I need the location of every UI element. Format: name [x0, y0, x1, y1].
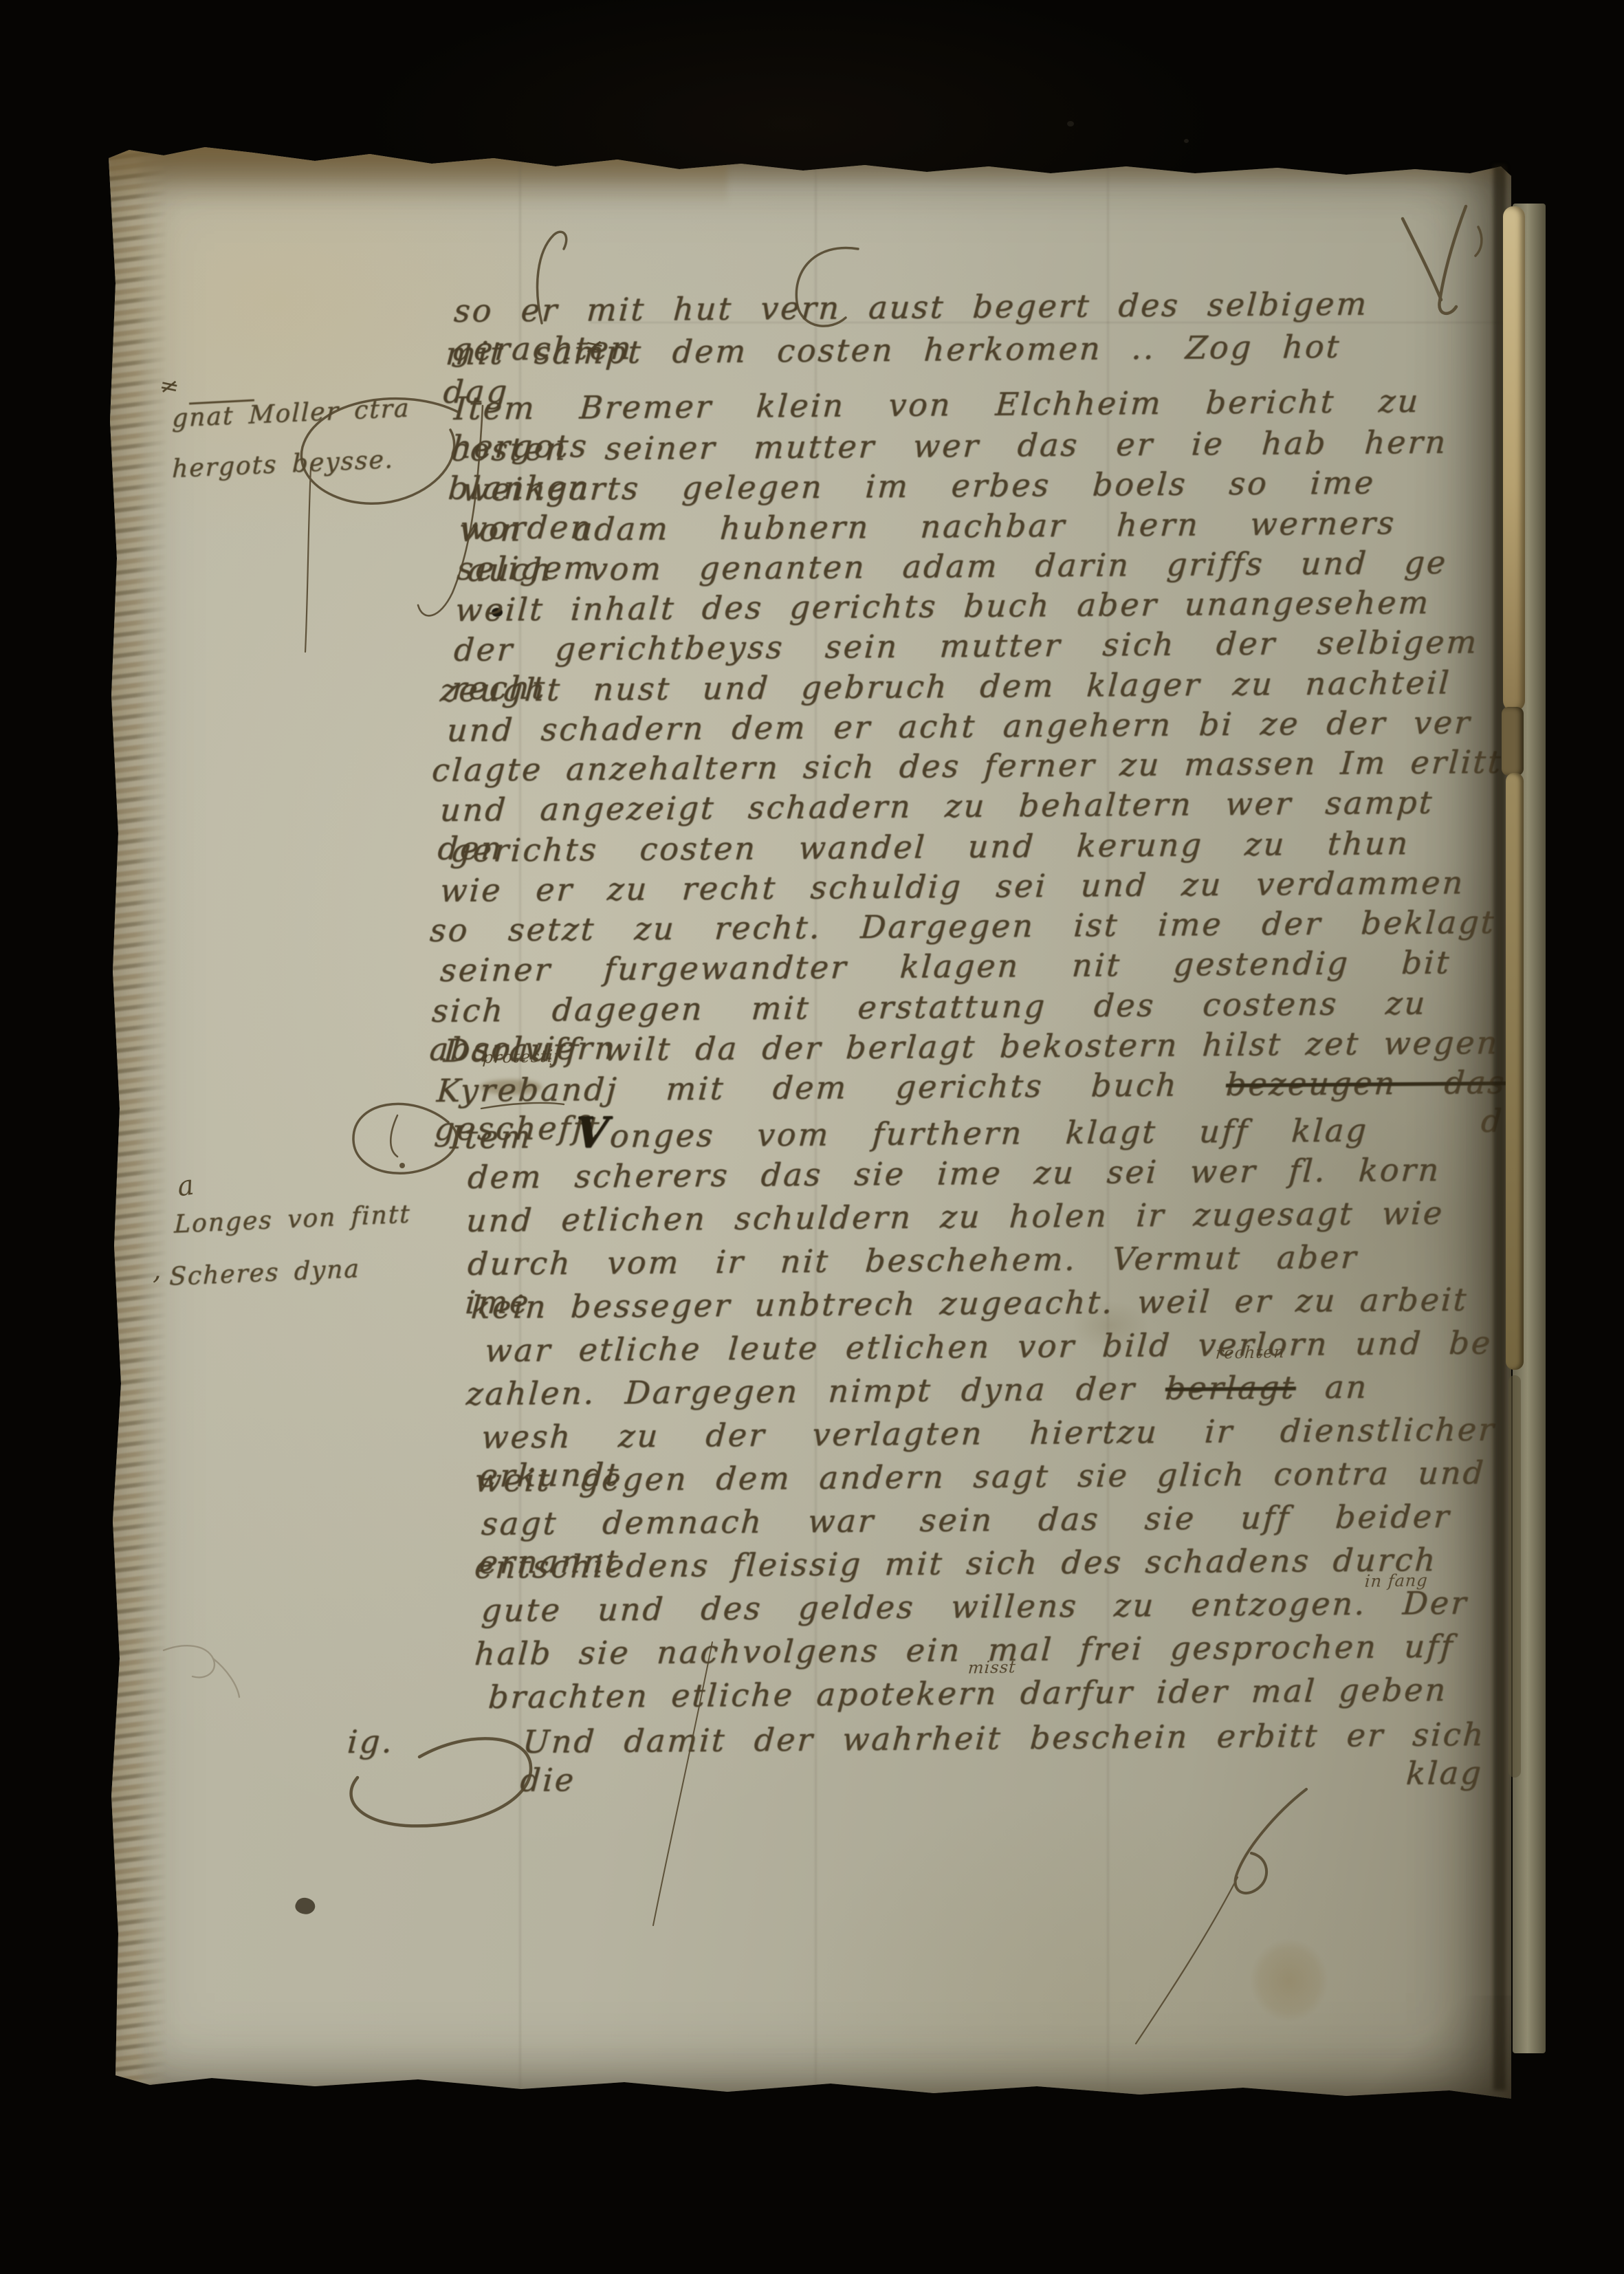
- manuscript-line-with-strikethrough: Kyrebandj mit dem gerichts buch bezeugen…: [435, 1063, 1507, 1114]
- manuscript-line: brachten etliche apotekern darfur ider m…: [487, 1670, 1449, 1720]
- margin-paraph-tail: [305, 468, 311, 652]
- manuscript-line: entschiedens fleissig mit sich des schad…: [473, 1540, 1438, 1590]
- line-end-v-swash: [1439, 206, 1466, 314]
- background-speck: [1184, 139, 1189, 143]
- manuscript-photograph: ≠ gnat Moller ctra hergots beysse. a Lon…: [0, 0, 1624, 2274]
- comma-swash: [1475, 227, 1482, 256]
- manuscript-line: Und damit der wahrheit beschein erbitt e…: [521, 1715, 1486, 1765]
- binding-knot: [1502, 707, 1524, 776]
- manuscript-line-catchword: ig.: [346, 1722, 459, 1765]
- line-segment: Kyrebandj mit dem gerichts buch: [436, 1066, 1227, 1109]
- deckled-left-edge: [109, 146, 168, 2099]
- binding-cord: [1508, 1375, 1521, 1778]
- margin-squiggle-mark: a: [175, 1170, 196, 1203]
- margin-note-1-line-2: hergots beysse.: [172, 445, 395, 485]
- manuscript-line: durch vom ir nit beschehem. Vermut aber …: [466, 1238, 1359, 1287]
- margin-note-2-line-1: Longes von fintt: [174, 1199, 411, 1240]
- manuscript-line: mit sampt dem costen herkomen .. Zog hot…: [444, 327, 1342, 377]
- binding-cord: [1503, 206, 1525, 711]
- binding-cord: [1506, 773, 1524, 1370]
- struck-words: bezeugen das: [1225, 1064, 1506, 1103]
- manuscript-line: dem scherers das sie ime zu sei wer fl. …: [466, 1150, 1442, 1201]
- corner-shadow: [1360, 1996, 1511, 2099]
- line-end-v-swash: [1403, 219, 1441, 300]
- faint-squiggle: [164, 1646, 215, 1677]
- manuscript-line: und etlichen schuldern zu holen ir zuges…: [465, 1194, 1445, 1244]
- manuscript-line: sagt demnach war sein das sie uff beider…: [480, 1497, 1452, 1547]
- aged-top-left-corner: [109, 146, 727, 221]
- manuscript-line-item-start: Item Vonges vom furthern klagt uff klag: [449, 1107, 1370, 1157]
- margin-comma-mark: ,: [153, 1254, 162, 1286]
- line-segment: onges vom furthern klagt uff klag: [608, 1112, 1369, 1155]
- manuscript-line: gute und des geldes willens zu entzogen.…: [480, 1584, 1469, 1634]
- manuscript-line: kein besseger unbtrech zugeacht. weil er…: [470, 1280, 1469, 1331]
- faint-squiggle: [213, 1659, 239, 1697]
- line-segment: an: [1295, 1368, 1370, 1406]
- manuscript-line: weit gegen dem andern sagt sie glich con…: [473, 1453, 1486, 1504]
- line-segment: zahlen. Dargegen nimpt dyna der: [465, 1370, 1167, 1412]
- paper-speck: [293, 1894, 317, 1917]
- manuscript-line: so er mit hut vern aust begert des selbi…: [452, 285, 1370, 334]
- manuscript-page: ≠ gnat Moller ctra hergots beysse. a Lon…: [109, 146, 1511, 2099]
- margin-note-1-line-1: gnat Moller ctra: [172, 393, 410, 434]
- background-speck: [1067, 121, 1074, 127]
- bold-initial-v: V: [573, 1107, 612, 1157]
- item2-oval-letter: [391, 1115, 397, 1157]
- bottom-flourish-tail: [1136, 1877, 1238, 2044]
- line-segment: Item: [449, 1118, 575, 1156]
- manuscript-line: war etliche leute etlichen vor bild verl…: [483, 1323, 1493, 1374]
- paper-stain: [1238, 1925, 1341, 2035]
- manuscript-line: wesh zu der verlagten hiertzu ir dienstl…: [480, 1410, 1497, 1461]
- struck-words: berlagt: [1164, 1369, 1297, 1408]
- manuscript-line-with-strikethrough: zahlen. Dargegen nimpt dyna der berlagt …: [465, 1368, 1370, 1417]
- margin-note-2-line-2: Scheres dyna: [169, 1254, 361, 1293]
- paraph-dot: [399, 1163, 405, 1168]
- bottom-flourish-glyph: [1236, 1789, 1306, 1893]
- manuscript-line: halb sie nachvolgens ein mal frei gespro…: [473, 1627, 1456, 1677]
